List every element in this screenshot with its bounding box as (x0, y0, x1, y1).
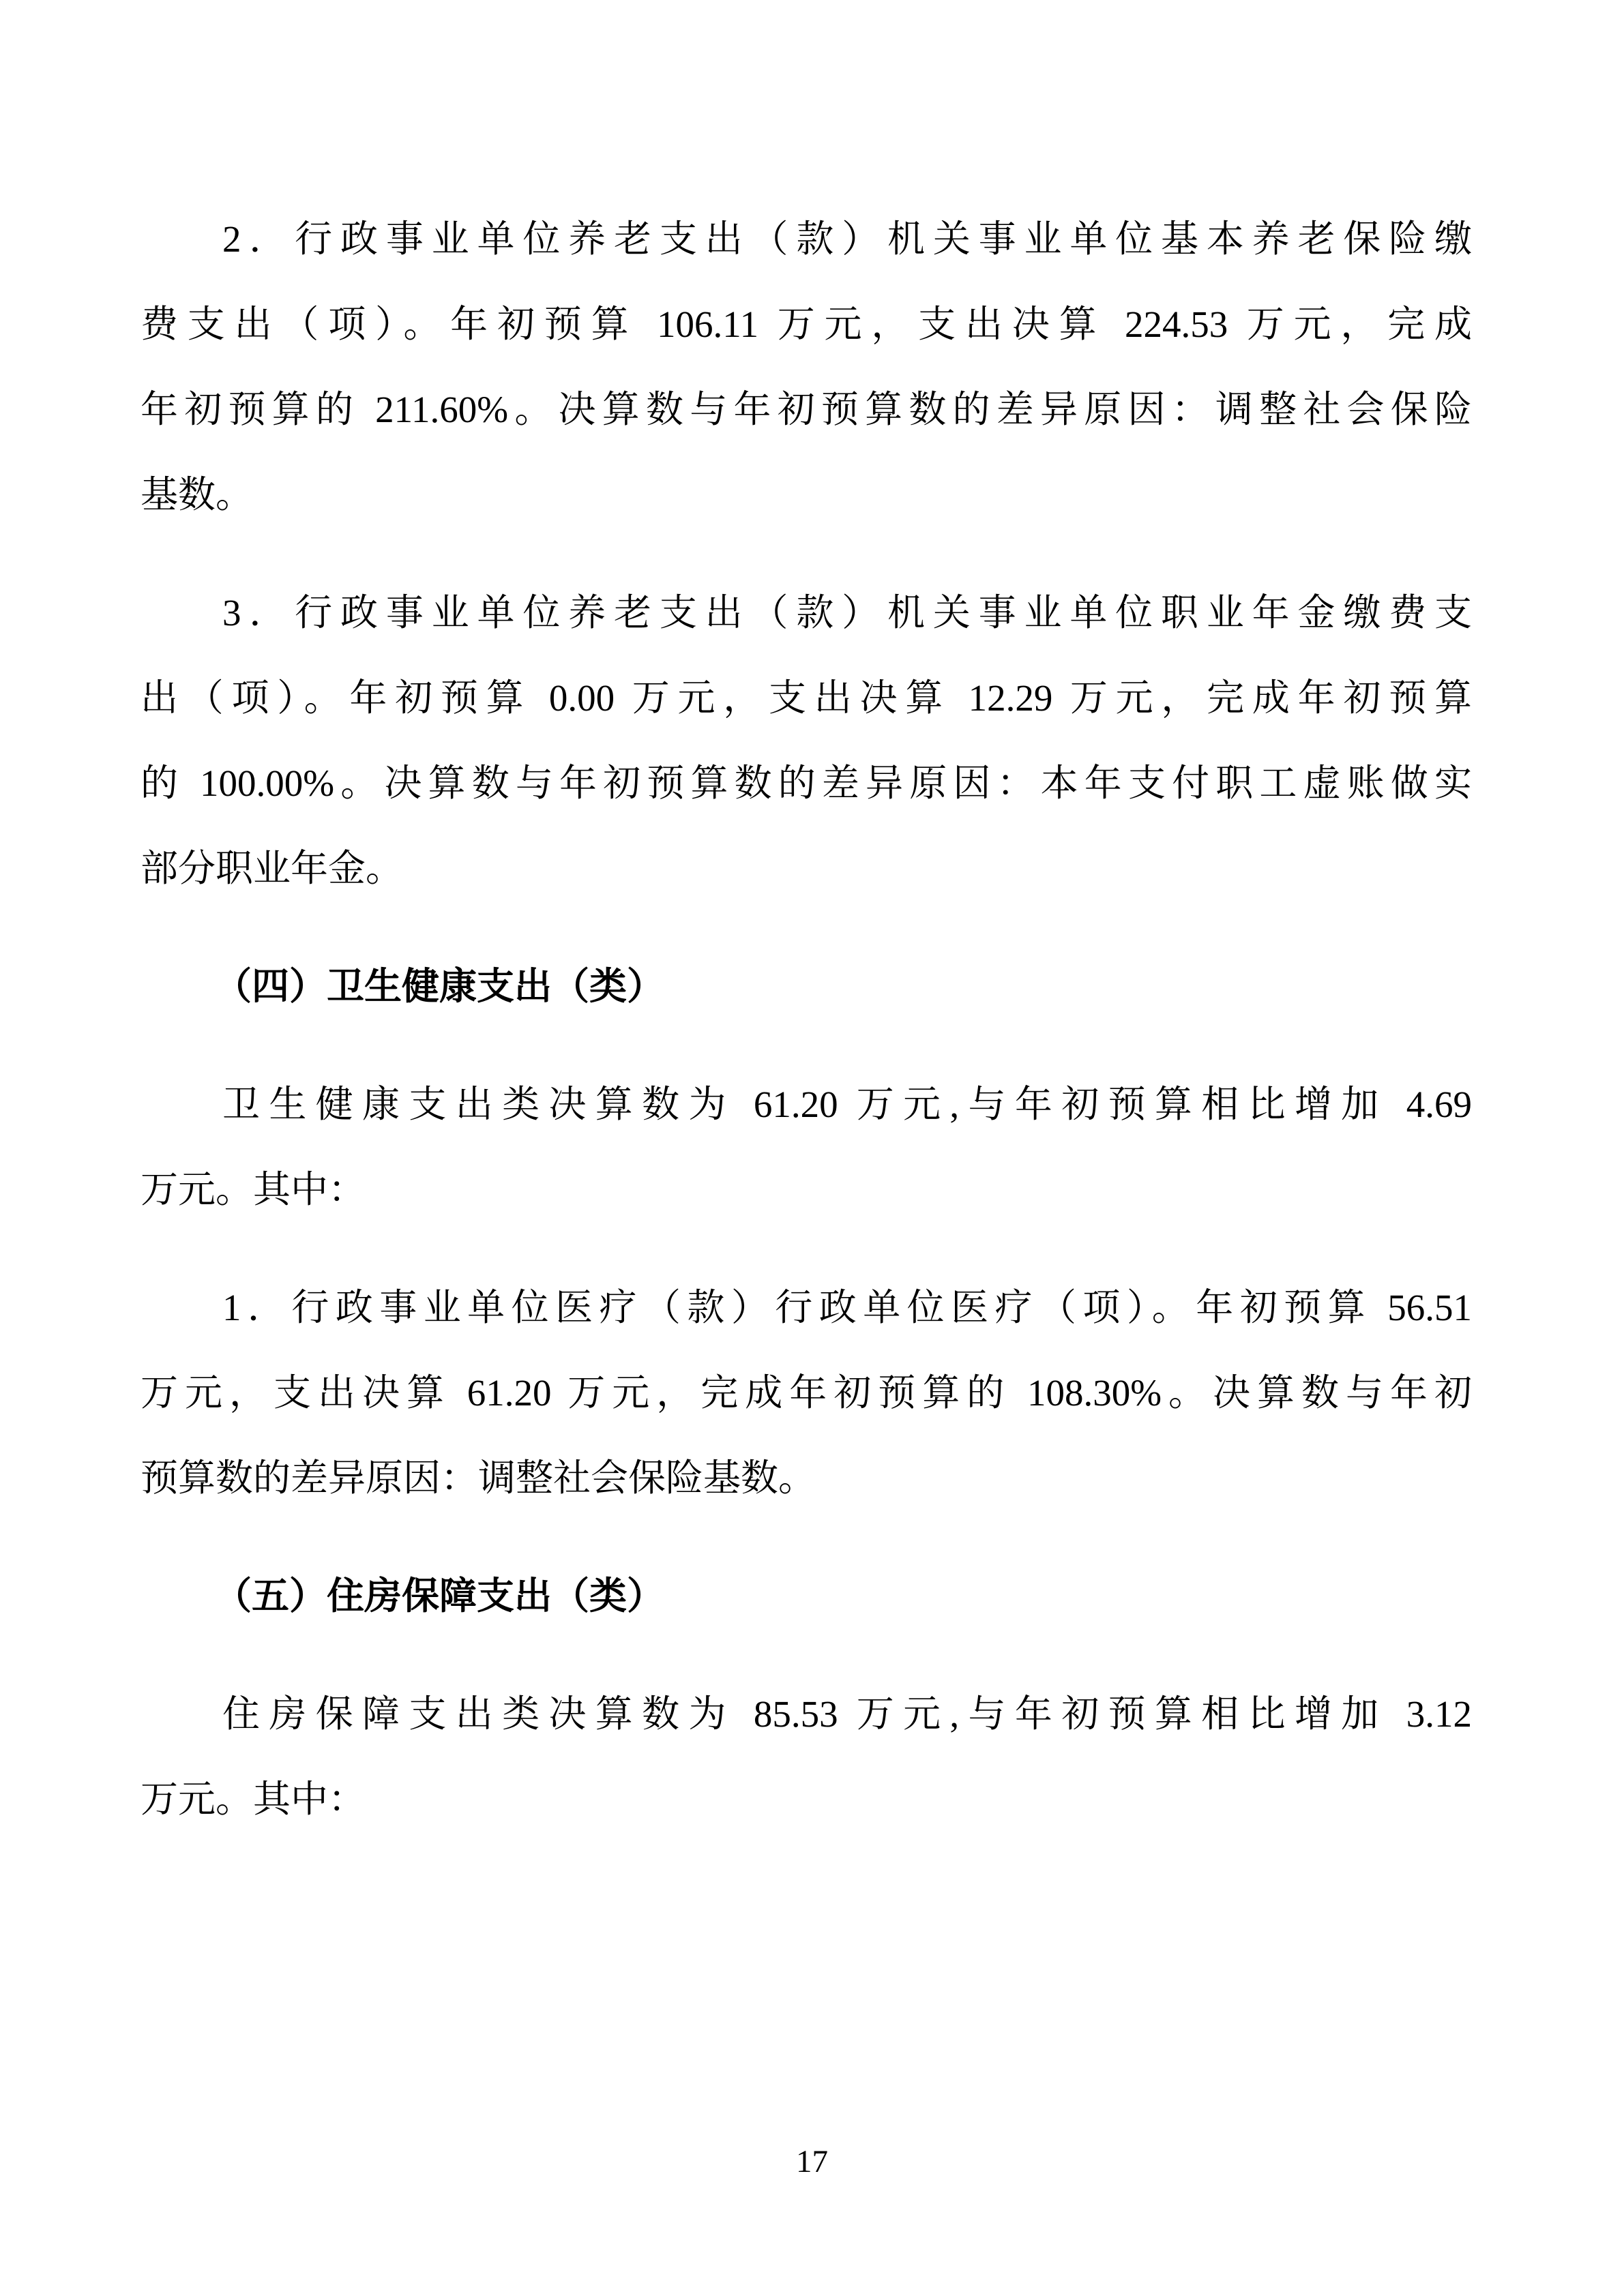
section-heading: （四）卫生健康支出（类） (141, 944, 1472, 1029)
text-line: 部分职业年金。 (141, 826, 1472, 911)
text-line: 预算数的差异原因：调整社会保险基数。 (141, 1435, 1472, 1521)
text-line: 万元。其中： (141, 1757, 1472, 1842)
paragraph-occupational-annuity: 3．行政事业单位养老支出（款）机关事业单位职业年金缴费支 出（项）。年初预算 0… (141, 570, 1472, 911)
text-line: 1．行政事业单位医疗（款）行政单位医疗（项）。年初预算 56.51 (141, 1265, 1472, 1350)
text-line: 卫生健康支出类决算数为 61.20 万元,与年初预算相比增加 4.69 (141, 1062, 1472, 1147)
text-line: 费支出（项）。年初预算 106.11 万元，支出决算 224.53 万元，完成 (141, 282, 1472, 367)
text-line: 3．行政事业单位养老支出（款）机关事业单位职业年金缴费支 (141, 570, 1472, 655)
text-line: 2．行政事业单位养老支出（款）机关事业单位基本养老保险缴 (141, 196, 1472, 282)
paragraph-admin-medical: 1．行政事业单位医疗（款）行政单位医疗（项）。年初预算 56.51 万元，支出决… (141, 1265, 1472, 1521)
text-line: 万元，支出决算 61.20 万元，完成年初预算的 108.30%。决算数与年初 (141, 1350, 1472, 1435)
document-page: 2．行政事业单位养老支出（款）机关事业单位基本养老保险缴 费支出（项）。年初预算… (0, 0, 1624, 2296)
text-line: 年初预算的 211.60%。决算数与年初预算数的差异原因：调整社会保险 (141, 367, 1472, 452)
page-content: 2．行政事业单位养老支出（款）机关事业单位基本养老保险缴 费支出（项）。年初预算… (141, 196, 1472, 1842)
text-line: 的 100.00%。决算数与年初预算数的差异原因：本年支付职工虚账做实 (141, 741, 1472, 826)
text-line: 万元。其中： (141, 1147, 1472, 1232)
heading-health-expenditure: （四）卫生健康支出（类） (141, 944, 1472, 1029)
paragraph-housing-summary: 住房保障支出类决算数为 85.53 万元,与年初预算相比增加 3.12 万元。其… (141, 1671, 1472, 1842)
paragraph-health-summary: 卫生健康支出类决算数为 61.20 万元,与年初预算相比增加 4.69 万元。其… (141, 1062, 1472, 1232)
text-line: 出（项）。年初预算 0.00 万元，支出决算 12.29 万元，完成年初预算 (141, 655, 1472, 741)
paragraph-pension-basic-insurance: 2．行政事业单位养老支出（款）机关事业单位基本养老保险缴 费支出（项）。年初预算… (141, 196, 1472, 537)
text-line: 住房保障支出类决算数为 85.53 万元,与年初预算相比增加 3.12 (141, 1671, 1472, 1757)
page-number: 17 (0, 2141, 1624, 2182)
text-line: 基数。 (141, 452, 1472, 537)
heading-housing-expenditure: （五）住房保障支出（类） (141, 1553, 1472, 1639)
section-heading: （五）住房保障支出（类） (141, 1553, 1472, 1639)
